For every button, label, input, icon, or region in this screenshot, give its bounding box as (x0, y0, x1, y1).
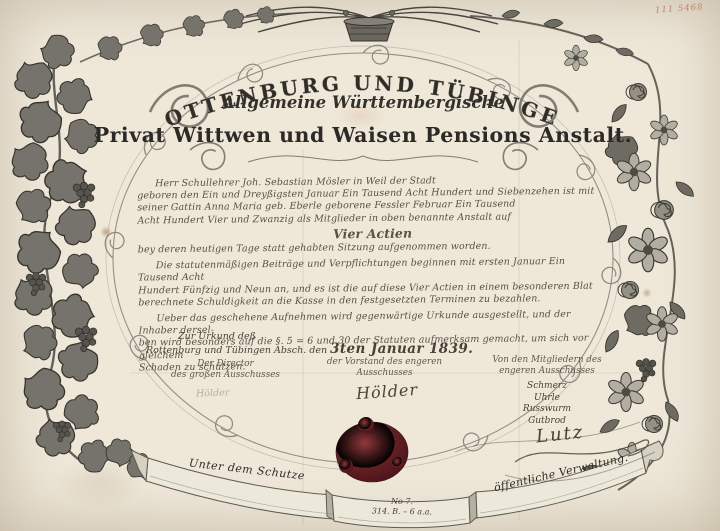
signature-name: Russwurm (492, 404, 602, 416)
title-block: ROTTENBURG UND TÜBINGEN Allgemeine Württ… (0, 0, 632, 147)
top-basket-ornament (240, 7, 498, 41)
attestation-place: Rottenburg und Tübingen Absch. den (146, 345, 327, 356)
signatory-label: Der Director (158, 359, 293, 370)
signatory-column-left: Der Director des großen Ausschusses (158, 359, 293, 381)
signatory-label: der Vorstand des engeren (312, 357, 457, 368)
signatory-label: des großen Ausschusses (158, 370, 293, 381)
main-title: Privat Wittwen und Waisen Pensions Ansta… (94, 123, 633, 147)
signature-name: Uhrle (492, 393, 602, 405)
signatory-label: engeren Ausschusses (462, 366, 632, 377)
signature-name: Schmerz (492, 381, 602, 393)
certificate-page: ROTTENBURG UND TÜBINGEN Allgemeine Württ… (0, 0, 720, 531)
signatory-column-right: Von den Mitgliedern des engeren Ausschus… (462, 355, 632, 377)
subtitle: Allgemeine Württembergische (220, 93, 504, 112)
wax-seal (336, 417, 408, 482)
attestation-date: 3ten Januar 1839. (330, 341, 473, 357)
banner-middle-number: No 7. 314. B. – 6 a.a. (338, 496, 466, 517)
attestation-place-date: Rottenburg und Tübingen Absch. den 3ten … (146, 341, 506, 357)
signature-left: Hölder (196, 387, 230, 399)
signatory-label: Ausschusses (312, 368, 457, 379)
signatory-column-middle: der Vorstand des engeren Ausschusses (312, 357, 457, 379)
signature-stack: Schmerz Uhrle Russwurm Gutbrod (492, 381, 602, 427)
signatory-label: Von den Mitgliedern des (462, 355, 632, 366)
